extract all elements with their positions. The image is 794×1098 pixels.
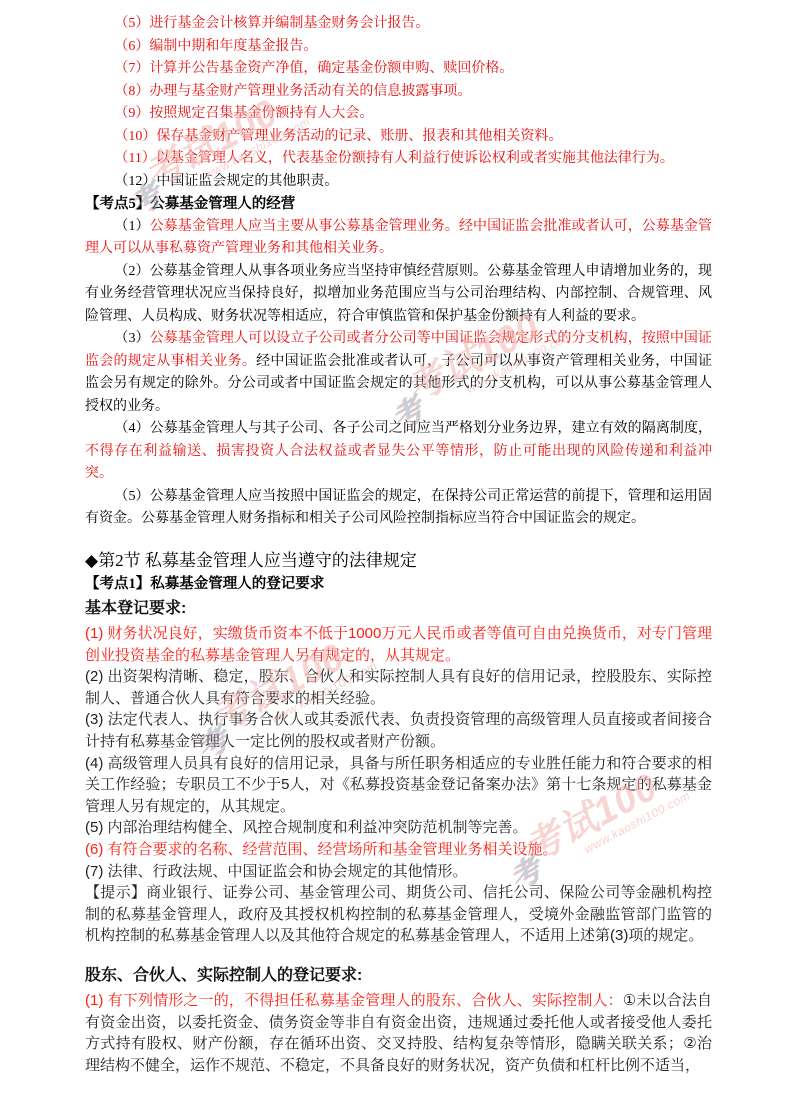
text-segment-red: （10）保存基金财产管理业务活动的记录、账册、报表和其他相关资料。	[114, 129, 562, 144]
text-segment-black: （12）中国证监会规定的其他职责。	[114, 174, 338, 189]
document-body: （5）进行基金会计核算并编制基金财务会计报告。（6）编制中期和年度基金报告。（7…	[85, 13, 712, 1076]
duty-list-item: （10）保存基金财产管理业务活动的记录、账册、报表和其他相关资料。	[85, 126, 712, 149]
requirement-paragraph: (4) 高级管理人员具有良好的信用记录，具备与所任职务相适应的专业胜任能力和符合…	[85, 753, 712, 818]
duty-list-item: （5）进行基金会计核算并编制基金财务会计报告。	[85, 13, 712, 36]
body-paragraph: （4）公募基金管理人与其子公司、各子公司之间应当严格划分业务边界，建立有效的隔离…	[85, 418, 712, 486]
duty-list-item: （7）计算并公告基金资产净值，确定基金份额申购、赎回价格。	[85, 58, 712, 81]
text-segment-black: （5）公募基金管理人应当按照中国证监会的规定，在保持公司正常运营的前提下，管理和…	[85, 489, 712, 527]
text-segment-black: (4) 高级管理人员具有良好的信用记录，具备与所任职务相适应的专业胜任能力和符合…	[85, 755, 712, 815]
text-segment-red: (1) 有下列情形之一的，不得担任私募基金管理人的股东、合伙人、实际控制人：	[85, 992, 623, 1009]
requirement-paragraph: (6) 有符合要求的名称、经营范围、经营场所和基金管理业务相关设施。	[85, 839, 712, 861]
requirement-paragraph: (2) 出资架构清晰、稳定，股东、合伙人和实际控制人具有良好的信用记录，控股股东…	[85, 666, 712, 709]
body-paragraph: （2）公募基金管理人从事各项业务应当坚持审慎经营原则。公募基金管理人申请增加业务…	[85, 261, 712, 329]
text-segment-black: （3）	[114, 331, 149, 346]
text-segment-red: （5）进行基金会计核算并编制基金财务会计报告。	[114, 16, 429, 31]
text-segment-red: （9）按照规定召集基金份额持有人大会。	[114, 106, 373, 121]
text-segment-red: （6）编制中期和年度基金报告。	[114, 39, 317, 54]
section-heading: ◆第2节 私募基金管理人应当遵守的法律规定	[85, 548, 712, 573]
text-segment-black: （4）公募基金管理人与其子公司、各子公司之间应当严格划分业务边界，建立有效的隔离…	[114, 421, 712, 436]
duty-list-item: （9）按照规定召集基金份额持有人大会。	[85, 103, 712, 126]
duty-list-item: （6）编制中期和年度基金报告。	[85, 36, 712, 59]
text-segment-red: 公募基金管理人应当主要从事公募基金管理业务。经中国证监会批准或者认可，公募基金管…	[85, 219, 712, 257]
topic-heading: 【考点5】公募基金管理人的经营	[85, 193, 712, 216]
text-segment-black: (5) 内部治理结构健全、风控合规制度和利益冲突防范机制等完善。	[85, 819, 528, 836]
body-paragraph: （1）公募基金管理人应当主要从事公募基金管理业务。经中国证监会批准或者认可，公募…	[85, 216, 712, 261]
text-segment-red: （8）办理与基金财产管理业务活动有关的信息披露事项。	[114, 84, 471, 99]
text-segment-red: (1) 财务状况良好，实缴货币资本不低于1000万元人民币或者等值可自由兑换货币…	[85, 625, 712, 664]
text-segment-black: 股东、合伙人、实际控制人的登记要求:	[85, 967, 362, 984]
text-segment-red: 不得存在利益输送、损害投资人合法权益或者显失公平等情形，防止可能出现的风险传递和…	[85, 444, 712, 482]
requirement-paragraph: (5) 内部治理结构健全、风控合规制度和利益冲突防范机制等完善。	[85, 817, 712, 839]
requirement-paragraph: (1) 有下列情形之一的，不得担任私募基金管理人的股东、合伙人、实际控制人：①未…	[85, 990, 712, 1076]
duty-list-item: （8）办理与基金财产管理业务活动有关的信息披露事项。	[85, 81, 712, 104]
text-segment-red: （11）以基金管理人名义，代表基金份额持有人利益行使诉讼权利或者实施其他法律行为…	[114, 151, 673, 166]
text-segment-black: 【考点5】公募基金管理人的经营	[85, 196, 295, 212]
duty-list-item: （12）中国证监会规定的其他职责。	[85, 171, 712, 194]
document-page: 考考试100www.kaoshi100.com考考试100www.kaoshi1…	[0, 0, 794, 1098]
text-segment-black: (3) 法定代表人、执行事务合伙人或其委派代表、负责投资管理的高级管理人员直接或…	[85, 711, 712, 750]
text-segment-black: (2) 出资架构清晰、稳定，股东、合伙人和实际控制人具有良好的信用记录，控股股东…	[85, 668, 712, 707]
requirements-heading: 股东、合伙人、实际控制人的登记要求:	[85, 964, 712, 987]
text-segment-black: 基本登记要求:	[85, 600, 186, 617]
duty-list-item: （11）以基金管理人名义，代表基金份额持有人利益行使诉讼权利或者实施其他法律行为…	[85, 148, 712, 171]
body-paragraph: （5）公募基金管理人应当按照中国证监会的规定，在保持公司正常运营的前提下，管理和…	[85, 486, 712, 531]
text-segment-black: ◆第2节 私募基金管理人应当遵守的法律规定	[85, 551, 417, 570]
text-segment-black: （1）	[114, 219, 149, 234]
text-segment-black: （2）公募基金管理人从事各项业务应当坚持审慎经营原则。公募基金管理人申请增加业务…	[85, 264, 712, 324]
requirement-paragraph: (7) 法律、行政法规、中国证监会和协会规定的其他情形。	[85, 861, 712, 883]
requirements-heading: 基本登记要求:	[85, 597, 712, 620]
body-paragraph: （3）公募基金管理人可以设立子公司或者分公司等中国证监会规定形式的分支机构，按照…	[85, 328, 712, 418]
text-segment-black: (7) 法律、行政法规、中国证监会和协会规定的其他情形。	[85, 863, 468, 880]
topic-heading: 【考点1】私募基金管理人的登记要求	[85, 573, 712, 596]
requirement-paragraph: (1) 财务状况良好，实缴货币资本不低于1000万元人民币或者等值可自由兑换货币…	[85, 623, 712, 666]
requirement-paragraph: (3) 法定代表人、执行事务合伙人或其委派代表、负责投资管理的高级管理人员直接或…	[85, 709, 712, 752]
text-segment-red: （7）计算并公告基金资产净值，确定基金份额申购、赎回价格。	[114, 61, 513, 76]
text-segment-black: 【提示】商业银行、证券公司、基金管理公司、期货公司、信托公司、保险公司等金融机构…	[85, 884, 712, 944]
text-segment-red: (6) 有符合要求的名称、经营范围、经营场所和基金管理业务相关设施。	[85, 841, 558, 858]
requirement-paragraph: 【提示】商业银行、证券公司、基金管理公司、期货公司、信托公司、保险公司等金融机构…	[85, 882, 712, 947]
text-segment-black: 【考点1】私募基金管理人的登记要求	[85, 576, 324, 592]
